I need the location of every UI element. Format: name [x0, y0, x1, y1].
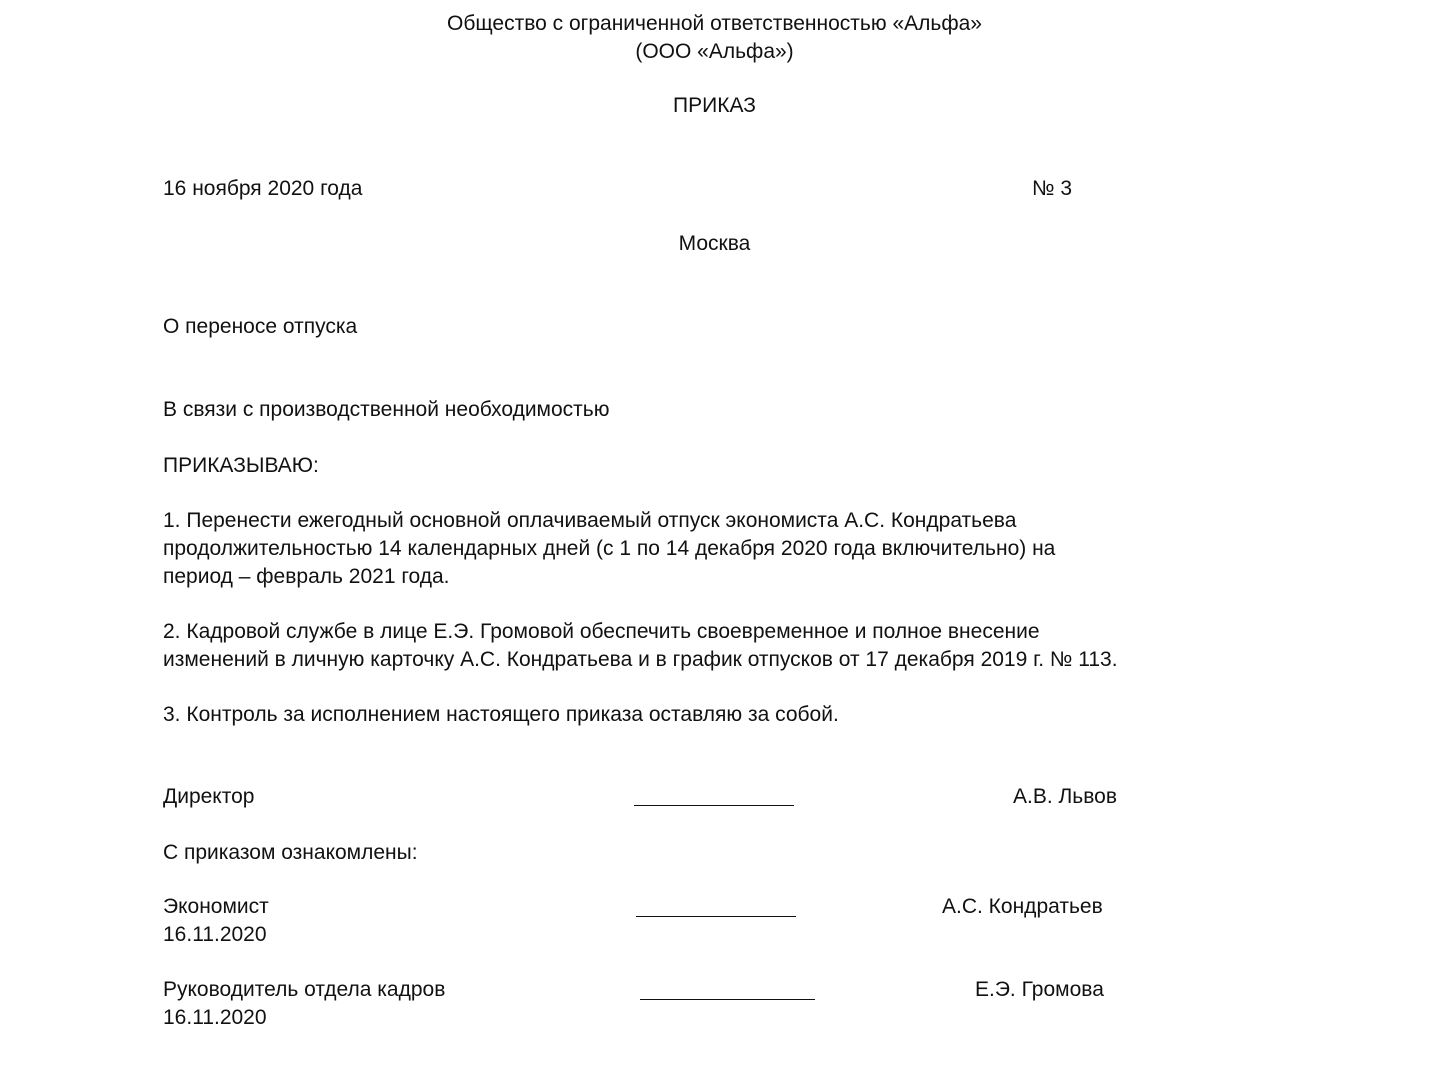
- economist-date: 16.11.2020: [163, 921, 267, 949]
- hr-head-position: Руководитель отдела кадров: [163, 976, 445, 1004]
- economist-name: А.С. Кондратьев: [942, 893, 1103, 921]
- preamble: В связи с производственной необходимость…: [163, 396, 609, 424]
- organization-full-name: Общество с ограниченной ответственностью…: [0, 10, 1429, 38]
- document-city: Москва: [0, 230, 1429, 258]
- order-word: ПРИКАЗЫВАЮ:: [163, 452, 319, 480]
- economist-position: Экономист: [163, 893, 269, 921]
- order-item-line: 1. Перенести ежегодный основной оплачива…: [163, 507, 1016, 535]
- order-item-line: изменений в личную карточку А.С. Кондрат…: [163, 646, 1118, 674]
- director-signature-line: [634, 805, 794, 806]
- document-date: 16 ноября 2020 года: [163, 175, 362, 203]
- organization-short-name: (ООО «Альфа»): [0, 38, 1429, 66]
- director-position: Директор: [163, 783, 254, 811]
- hr-head-date: 16.11.2020: [163, 1004, 267, 1032]
- director-name: А.В. Львов: [1013, 783, 1117, 811]
- hr-head-name: Е.Э. Громова: [975, 976, 1104, 1004]
- hr-head-signature-line: [640, 999, 815, 1000]
- economist-signature-line: [636, 916, 796, 917]
- acknowledged-label: С приказом ознакомлены:: [163, 839, 418, 867]
- order-item-line: 2. Кадровой службе в лице Е.Э. Громовой …: [163, 618, 1040, 646]
- order-item-line: период – февраль 2021 года.: [163, 563, 450, 591]
- order-item-line: 3. Контроль за исполнением настоящего пр…: [163, 701, 839, 729]
- order-item-line: продолжительностью 14 календарных дней (…: [163, 535, 1055, 563]
- document-number: № 3: [1032, 175, 1072, 203]
- document-type-title: ПРИКАЗ: [0, 92, 1429, 120]
- document-subject: О переносе отпуска: [163, 313, 357, 341]
